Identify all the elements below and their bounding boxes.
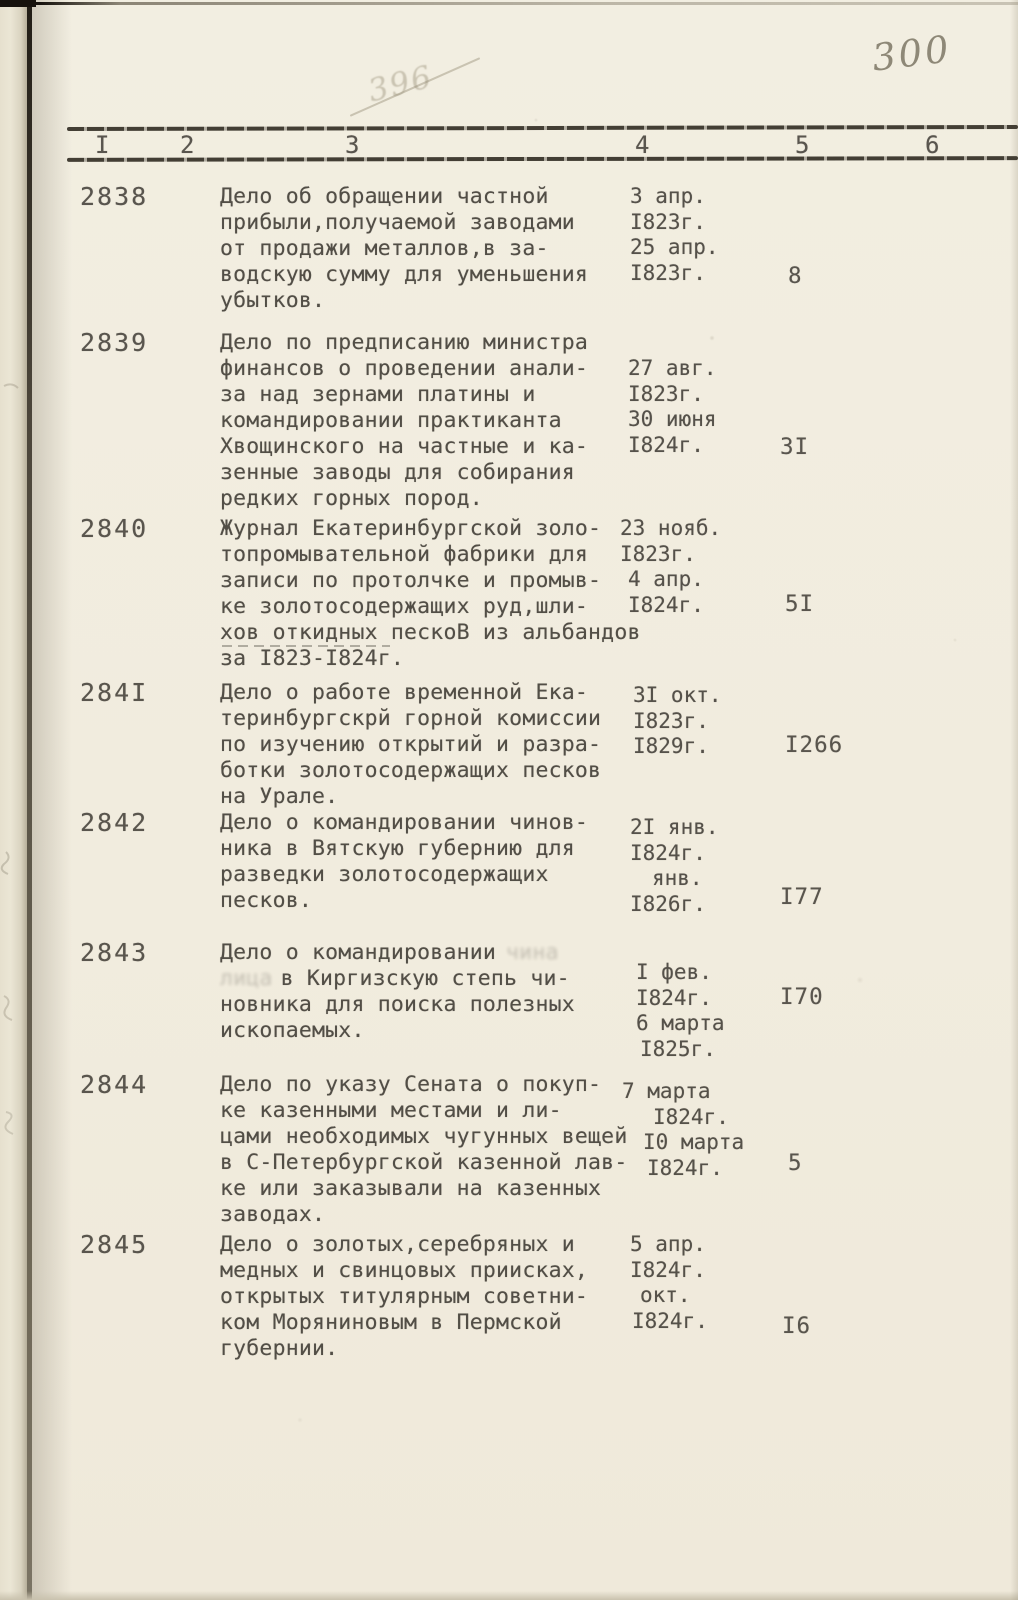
case-description: Дело о работе временной Ека-теринбургскр… [220, 680, 601, 810]
case-number: 2843 [80, 938, 148, 967]
case-description-line: губернии. [220, 1336, 588, 1362]
case-date-line: 2I янв. [630, 815, 719, 841]
case-date-line: 23 нояб. [620, 516, 721, 542]
case-date-line: 27 авг. [628, 356, 717, 382]
case-description: Дело по указу Сената о покуп-ке казенным… [220, 1072, 627, 1228]
pencil-margin-marks [0, 0, 30, 1600]
case-description-line: Дело о командировании чинов- [220, 810, 588, 836]
case-description-line: в С-Петербургской казенной лав- [220, 1150, 627, 1176]
scan-top-edge [0, 2, 1018, 5]
case-description-line: ке или заказывали на казенных [220, 1176, 627, 1202]
case-dates: 7 мартаI824г.I0 мартаI824г. [625, 1079, 744, 1181]
scan-bottom-edge [0, 1591, 1018, 1600]
case-description-line: командировании практиканта [220, 408, 588, 434]
case-description-line: финансов о проведении анали- [220, 356, 588, 382]
case-description-text: Дело о командировании [220, 940, 496, 965]
page-count: 5 [788, 1150, 803, 1176]
column-header: 4 [635, 131, 649, 159]
case-description-line: водскую сумму для уменьшения [220, 262, 588, 288]
column-header: 3 [345, 131, 359, 159]
case-description-line: ископаемых. [220, 1018, 575, 1044]
case-number: 2845 [80, 1230, 148, 1259]
erased-text-smudge: лица [220, 966, 273, 991]
case-date-line: I823г. [628, 382, 717, 408]
page-count: I266 [785, 732, 843, 758]
page-count: 8 [788, 263, 803, 289]
case-description-line: от продажи металлов,в за- [220, 236, 588, 262]
case-date-line: I0 марта [643, 1130, 744, 1156]
case-date-line: 5 апр. [630, 1232, 708, 1258]
case-description-line: хов откидных пескоВ из альбандов [220, 620, 641, 646]
case-dates: 2I янв.I824г.янв.I826г. [630, 815, 719, 917]
column-header: 2 [180, 131, 194, 159]
handwritten-page-number: 300 [870, 27, 954, 79]
case-description-line: прибыли,получаемой заводами [220, 210, 588, 236]
case-date-line: 30 июня [628, 407, 717, 433]
case-date-line: 7 марта [622, 1079, 744, 1105]
case-date-line: I825г. [640, 1037, 725, 1063]
case-description: Дело о золотых,серебряных имедных и свин… [220, 1232, 588, 1362]
case-description-line: песков. [220, 888, 588, 914]
case-date-line: I823г. [633, 709, 722, 735]
case-description-line: Дело о командированиичина [220, 940, 575, 966]
case-description-line: Дело о работе временной Ека- [220, 680, 601, 706]
case-date-line: I823г. [620, 542, 721, 568]
scan-right-edge [1010, 0, 1018, 1600]
case-date-line: янв. [652, 866, 719, 892]
column-header: I [95, 131, 109, 159]
case-description-line: по изучению открытий и разра- [220, 732, 601, 758]
crossed-out-page-number: 396 [365, 59, 437, 110]
case-date-line: I824г. [628, 593, 721, 619]
case-description-line: заводах. [220, 1202, 627, 1228]
case-number: 2839 [80, 328, 148, 357]
case-description-line: записи по протолчке и промыв- [220, 568, 641, 594]
case-description-line: за над зернами платины и [220, 382, 588, 408]
case-date-line: I824г. [632, 1309, 708, 1335]
erased-text-smudge: чина [506, 940, 559, 965]
case-description: Журнал Екатеринбургской золо-топромывате… [220, 516, 641, 672]
case-description-line: лицав Киргизскую степь чи- [220, 966, 575, 992]
case-description-line: на Урале. [220, 784, 601, 810]
case-number: 2842 [80, 808, 148, 837]
case-description-line: Дело по указу Сената о покуп- [220, 1072, 627, 1098]
case-description-line: новника для поиска полезных [220, 992, 575, 1018]
case-date-line: I824г. [630, 1258, 708, 1284]
case-date-line: 3I окт. [633, 683, 722, 709]
typewriter-underline-marks [222, 645, 390, 647]
page-count: 3I [780, 434, 809, 460]
case-number: 2838 [80, 182, 148, 211]
case-date-line: 4 апр. [628, 567, 721, 593]
case-date-line: 6 марта [636, 1011, 725, 1037]
case-date-line: 3 апр. [630, 184, 719, 210]
case-description-line: за I823-I824г. [220, 646, 641, 672]
case-description-line: Хвощинского на частные и ка- [220, 434, 588, 460]
case-dates: 27 авг.I823г.30 июняI824г. [628, 356, 717, 458]
case-description-line: Дело о золотых,серебряных и [220, 1232, 588, 1258]
case-date-line: I фев. [636, 960, 725, 986]
case-date-line: I826г. [630, 892, 719, 918]
case-date-line: I824г. [636, 986, 725, 1012]
case-dates: 3 апр.I823г.25 апр.I823г. [630, 184, 719, 286]
case-date-line: I823г. [630, 210, 719, 236]
page-count: I70 [780, 984, 824, 1010]
page-count: 5I [785, 591, 814, 617]
case-dates: 23 нояб.I823г.4 апр.I824г. [620, 516, 721, 618]
case-date-line: I823г. [630, 261, 719, 287]
case-date-line: I824г. [630, 841, 719, 867]
table-header-rule-top [67, 125, 1018, 131]
case-description-line: ке золотосодержащих руд,шли- [220, 594, 641, 620]
case-description: Дело о командировании чинов-ника в Вятск… [220, 810, 588, 914]
case-description-line: ком Моряниновым в Пермской [220, 1310, 588, 1336]
case-dates: 3I окт.I823г.I829г. [633, 683, 722, 760]
case-date-line: I824г. [647, 1156, 744, 1182]
case-date-line: I824г. [628, 433, 717, 459]
case-description-line: топромывательной фабрики для [220, 542, 641, 568]
case-description: Дело о командированиичиналицав Киргизску… [220, 940, 575, 1044]
case-dates: 5 апр.I824г.окт.I824г. [630, 1232, 708, 1334]
case-description-line: медных и свинцовых приисках, [220, 1258, 588, 1284]
case-description-text: в Киргизскую степь чи- [281, 966, 570, 991]
case-description-line: Дело об обращении частной [220, 184, 588, 210]
case-date-line: 25 апр. [630, 235, 719, 261]
column-header: 6 [925, 131, 939, 159]
case-date-line: I829г. [633, 734, 722, 760]
page-count: I77 [780, 884, 824, 910]
case-description: Дело по предписанию министрафинансов о п… [220, 330, 588, 512]
table-header-rule-bottom [67, 156, 1018, 162]
case-description-line: цами необходимых чугунных вещей [220, 1124, 627, 1150]
case-description-line: ника в Вятскую губернию для [220, 836, 588, 862]
column-header: 5 [795, 131, 809, 159]
case-description-line: Журнал Екатеринбургской золо- [220, 516, 641, 542]
case-date-line: I824г. [653, 1105, 744, 1131]
page-left-shading [32, 0, 72, 1600]
case-description-line: теринбургскрй горной комиссии [220, 706, 601, 732]
case-description-line: открытых титулярным советни- [220, 1284, 588, 1310]
case-number: 2840 [80, 514, 148, 543]
case-description: Дело об обращении частнойприбыли,получае… [220, 184, 588, 314]
case-date-line: окт. [640, 1283, 708, 1309]
case-description-line: Дело по предписанию министра [220, 330, 588, 356]
case-description-line: зенные заводы для собирания [220, 460, 588, 486]
case-description-line: убытков. [220, 288, 588, 314]
case-dates: I фев.I824г.6 мартаI825г. [636, 960, 725, 1062]
case-description-line: разведки золотосодержащих [220, 862, 588, 888]
case-description-line: ке казенными местами и ли- [220, 1098, 627, 1124]
case-number: 2844 [80, 1070, 148, 1099]
case-description-line: ботки золотосодержащих песков [220, 758, 601, 784]
case-description-line: редких горных пород. [220, 486, 588, 512]
scanned-page: 300 396 I23456 2838Дело об обращении час… [0, 0, 1018, 1600]
case-number: 284I [80, 678, 148, 707]
page-count: I6 [782, 1313, 811, 1339]
